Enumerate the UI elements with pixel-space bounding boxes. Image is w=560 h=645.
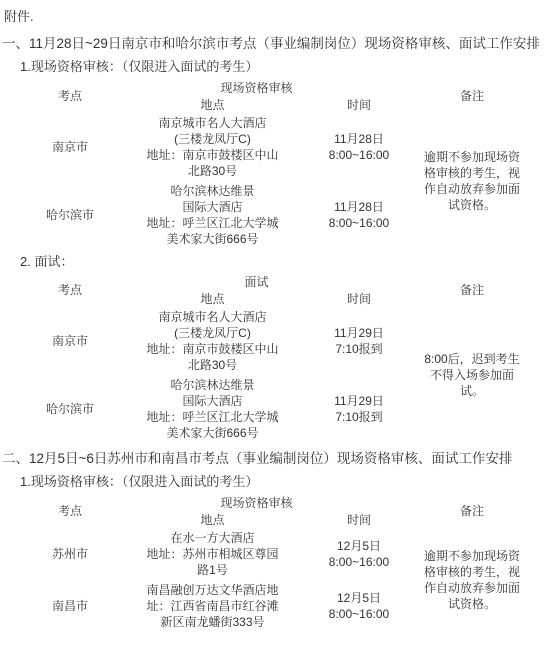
table-row: 南京市 南京城市名人大酒店 (三楼龙凤厅C) 地址：南京市鼓楼区中山 北路30号… [30,307,541,375]
time-cell: 11月29日 7:10报到 [315,307,403,375]
table-header-row: 考点 现场资格审核 备注 [30,79,541,96]
site-cell: 哈尔滨市 [30,375,110,443]
table-row: 南京市 南京城市名人大酒店 (三楼龙凤厅C) 地址：南京市鼓楼区中山 北路30号… [30,113,541,181]
time-column-header: 时间 [315,511,403,528]
place-cell: 南昌融创万达文华酒店地 址：江西省南昌市红谷滩 新区南龙蟠街333号 [110,580,315,632]
site-cell: 南京市 [30,113,110,181]
place-cell: 哈尔滨林达维景 国际大酒店 地址：呼兰区江北大学城 美术家大街666号 [110,181,315,249]
site-column-header: 考点 [30,79,110,113]
time-cell: 11月29日 7:10报到 [315,375,403,443]
site-cell: 苏州市 [30,528,110,580]
table-header-row: 考点 面试 备注 [30,273,541,290]
site-column-header: 考点 [30,494,110,528]
site-cell: 哈尔滨市 [30,181,110,249]
place-cell: 在水一方大酒店 地址：苏州市相城区尊园 路1号 [110,528,315,580]
interview-table-1: 考点 面试 备注 地点 时间 南京市 南京城市名人大酒店 (三楼龙凤厅C) 地址… [30,273,541,443]
section-2-review-heading: 1.现场资格审核：（仅限进入面试的考生） [20,473,554,491]
section-1-review-heading: 1.现场资格审核：（仅限进入面试的考生） [20,58,554,76]
note-column-header: 备注 [403,494,541,528]
note-column-header: 备注 [403,79,541,113]
group-column-header: 现场资格审核 [110,79,403,96]
attachment-label: 附件. [4,8,554,26]
place-cell: 南京城市名人大酒店 (三楼龙凤厅C) 地址：南京市鼓楼区中山 北路30号 [110,307,315,375]
place-cell: 哈尔滨林达维景 国际大酒店 地址：呼兰区江北大学城 美术家大街666号 [110,375,315,443]
note-column-header: 备注 [403,273,541,307]
review-table-2: 考点 现场资格审核 备注 地点 时间 苏州市 在水一方大酒店 地址：苏州市相城区… [30,494,541,632]
section-1-interview-heading: 2. 面试： [20,253,554,271]
place-column-header: 地点 [110,290,315,307]
time-cell: 12月5日 8:00~16:00 [315,528,403,580]
note-cell: 逾期不参加现场资 格审核的考生，视 作自动放弃参加面 试资格。 [403,528,541,632]
note-cell: 逾期不参加现场资 格审核的考生，视 作自动放弃参加面 试资格。 [403,113,541,249]
place-column-header: 地点 [110,96,315,113]
section-1-title: 一、11月28日~29日南京市和哈尔滨市考点（事业编制岗位）现场资格审核、面试工… [2,34,554,53]
place-cell: 南京城市名人大酒店 (三楼龙凤厅C) 地址：南京市鼓楼区中山 北路30号 [110,113,315,181]
review-table-1: 考点 现场资格审核 备注 地点 时间 南京市 南京城市名人大酒店 (三楼龙凤厅C… [30,79,541,249]
table-header-row: 考点 现场资格审核 备注 [30,494,541,511]
group-column-header: 面试 [110,273,403,290]
group-column-header: 现场资格审核 [110,494,403,511]
time-column-header: 时间 [315,96,403,113]
section-2-title: 二、12月5日~6日苏州市和南昌市考点（事业编制岗位）现场资格审核、面试工作安排 [2,449,554,468]
site-cell: 南昌市 [30,580,110,632]
place-column-header: 地点 [110,511,315,528]
time-cell: 12月5日 8:00~16:00 [315,580,403,632]
document-page: 附件. 一、11月28日~29日南京市和哈尔滨市考点（事业编制岗位）现场资格审核… [0,0,560,645]
time-column-header: 时间 [315,290,403,307]
note-cell: 8:00后，迟到考生 不得入场参加面 试。 [403,307,541,443]
time-cell: 11月28日 8:00~16:00 [315,181,403,249]
site-column-header: 考点 [30,273,110,307]
site-cell: 南京市 [30,307,110,375]
table-row: 苏州市 在水一方大酒店 地址：苏州市相城区尊园 路1号 12月5日 8:00~1… [30,528,541,580]
time-cell: 11月28日 8:00~16:00 [315,113,403,181]
